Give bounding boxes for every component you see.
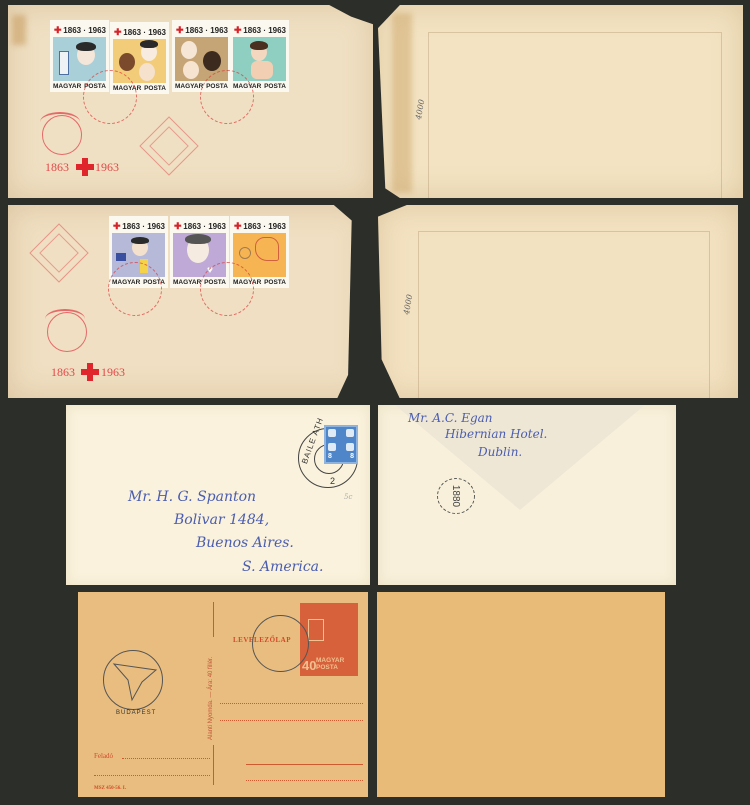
star-icon <box>112 660 158 702</box>
cachet-year-left: 1863 <box>51 365 75 380</box>
red-cross-icon: ✚ <box>234 25 242 36</box>
address-line-guide <box>246 764 363 765</box>
sender-line-guide <box>122 758 210 759</box>
stamp-country: MAGYAR <box>173 279 201 286</box>
sender-line: Hibernian Hotel. <box>445 427 547 441</box>
stamp-years: 1863 · 1963 <box>243 26 286 35</box>
irish-stamp: 88 <box>324 425 358 464</box>
cachet-year-left: 1863 <box>45 160 69 175</box>
sender-label: Feladó <box>94 752 113 760</box>
flap-line <box>418 231 710 399</box>
stamp-label: POSTA <box>144 85 166 92</box>
stamp-label: POSTA <box>264 279 286 286</box>
sender-line-guide <box>94 775 210 776</box>
stain <box>12 15 26 45</box>
address-line-guide <box>220 703 363 704</box>
stamp-label: MAGYAR POSTA <box>316 657 358 671</box>
red-cross-icon: ✚ <box>174 221 182 232</box>
address-line-guide <box>220 720 363 721</box>
stamp-value: 40 <box>302 658 316 673</box>
stain <box>392 13 412 193</box>
red-cross-icon: ✚ <box>54 25 62 36</box>
address-line-guide <box>246 780 363 781</box>
girl-cachet-icon <box>42 115 82 155</box>
postmark-city: BUDAPEST <box>116 710 156 716</box>
flap-line <box>428 32 722 198</box>
postmark <box>252 615 309 672</box>
stamp-years: 1863 · 1963 <box>183 222 226 231</box>
stamp-country: MAGYAR <box>53 83 81 90</box>
girl-cachet-icon <box>47 312 87 352</box>
stamp-years: 1863 · 1963 <box>243 222 286 231</box>
red-postmark <box>200 70 254 124</box>
postmark-number: 2 <box>330 476 336 486</box>
stamp-value: 8 <box>328 453 332 460</box>
red-cross-icon: ✚ <box>113 221 121 232</box>
red-cross-icon <box>81 363 99 381</box>
divider <box>213 745 214 785</box>
cachet-year-right: 1963 <box>101 365 125 380</box>
red-cross-fdc-2-back <box>378 205 738 398</box>
sender-line: Mr. A.C. Egan <box>408 411 493 425</box>
imprint: MSZ 450-56. I. <box>94 786 126 791</box>
divider <box>213 602 214 637</box>
red-postmark <box>200 262 254 316</box>
sender-line: Dublin. <box>478 445 522 459</box>
address-line: Mr. H. G. Spanton <box>128 489 256 505</box>
stamp-label: POSTA <box>264 83 286 90</box>
backstamp: 1880 <box>437 478 475 514</box>
red-cross-icon: ✚ <box>176 25 184 36</box>
vertical-note: Alanti Nyomda. — Ára: 40 fillér. <box>208 657 214 740</box>
stamp-years: 1863 · 1963 <box>63 26 106 35</box>
red-cross-icon: ✚ <box>114 27 122 38</box>
red-cross-fdc-1-back <box>378 5 743 198</box>
stamp-years: 1863 · 1963 <box>123 28 166 37</box>
red-cross-icon: ✚ <box>234 221 242 232</box>
stamp-value: 8 <box>350 453 354 460</box>
red-postmark <box>108 262 162 316</box>
address-line: S. America. <box>242 559 323 575</box>
red-cross-icon <box>76 158 94 176</box>
stamp-years: 1863 · 1963 <box>185 26 228 35</box>
stamp-country: MAGYAR <box>175 83 203 90</box>
hungary-postal-card-back <box>377 592 665 797</box>
address-line: Buenos Aires. <box>196 535 294 551</box>
red-postmark <box>83 70 137 124</box>
stamp-years: 1863 · 1963 <box>122 222 165 231</box>
pencil-mark: 5c <box>344 493 352 501</box>
address-line: Bolivar 1484, <box>174 512 269 528</box>
cachet-year-right: 1963 <box>95 160 119 175</box>
